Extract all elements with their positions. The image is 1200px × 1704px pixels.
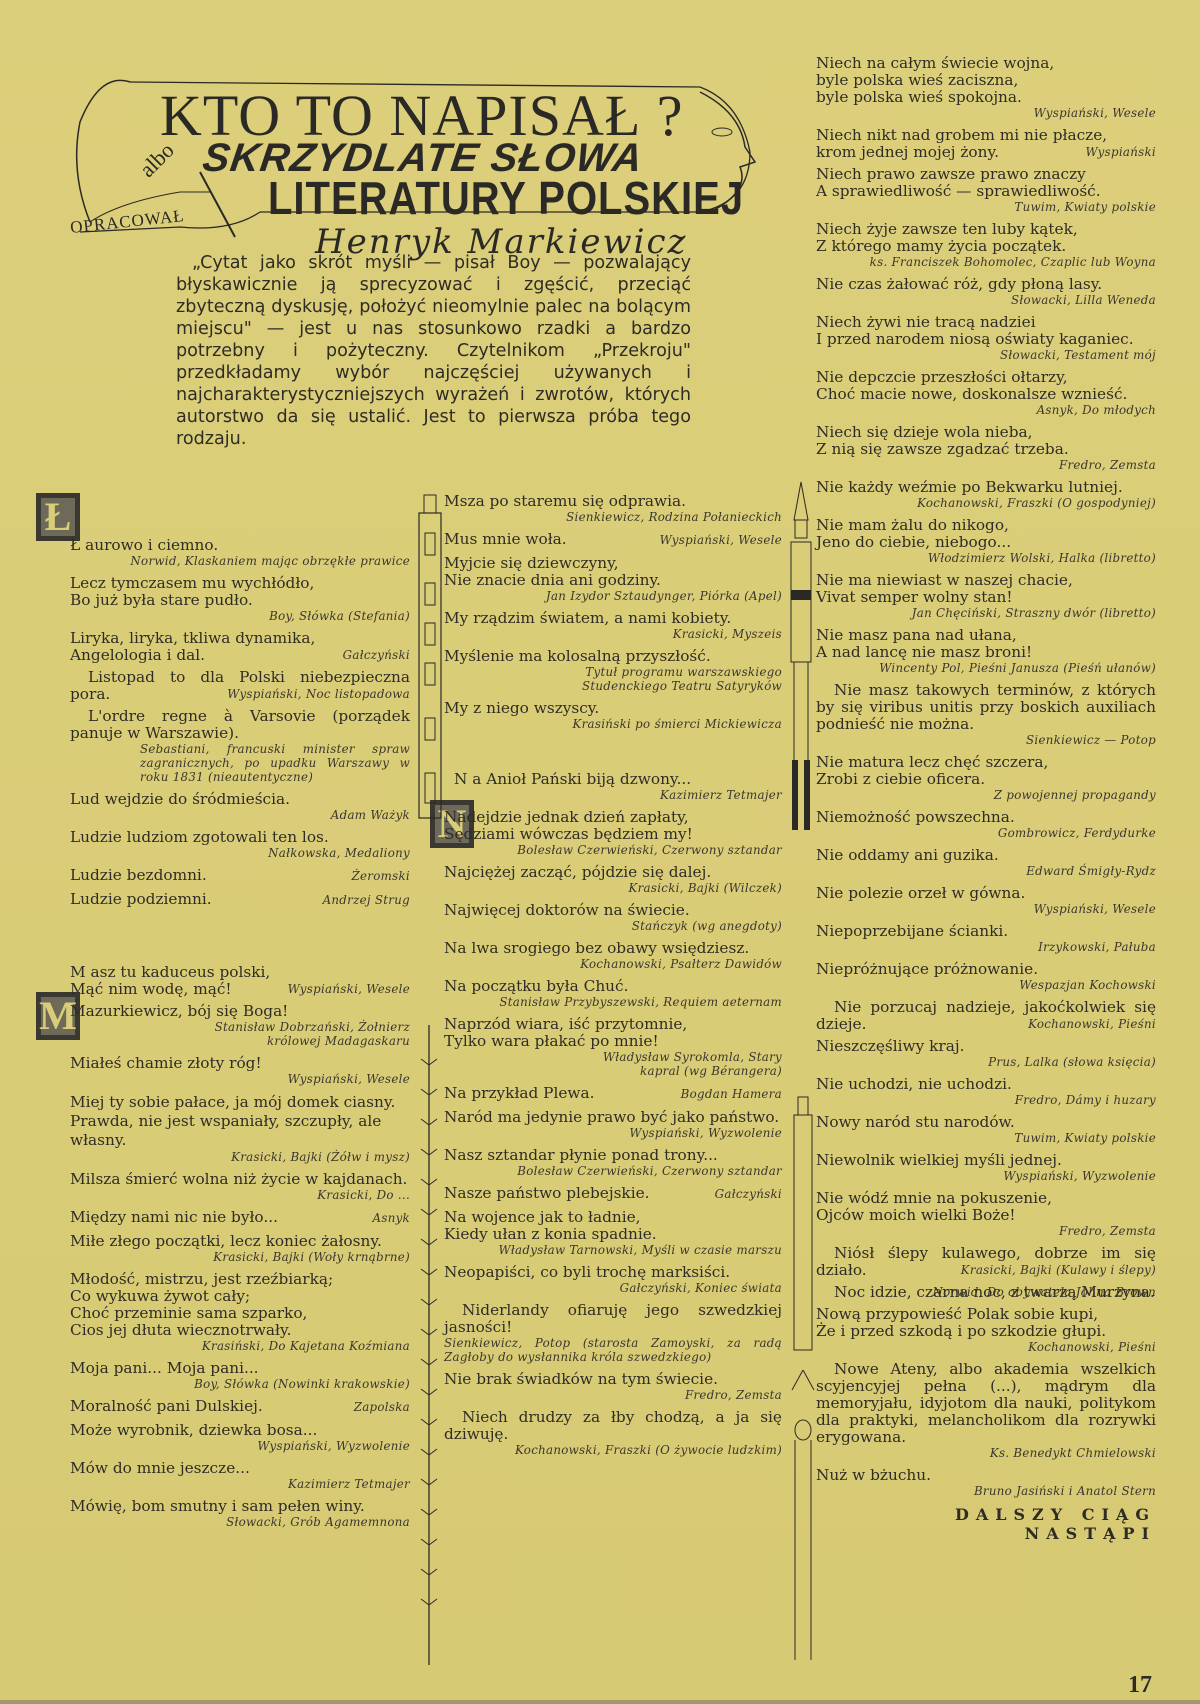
quote-attribution: Bolesław Czerwieński, Czerwony sztandar [444, 843, 782, 857]
quote-entry: Nie każdy weźmie po Bekwarku lutniej.Koc… [816, 479, 1156, 510]
quote-entry: Nowy naród stu narodów.Tuwim, Kwiaty pol… [816, 1114, 1156, 1145]
quote-entry: Miałeś chamie złoty róg! Wyspiański, Wes… [70, 1055, 410, 1086]
quote-text: N a Anioł Pański biją dzwony... [444, 771, 782, 788]
quote-attribution: Słowacki, Testament mój [816, 348, 1156, 362]
quote-text: Miłe złego początki, lecz koniec żałosny… [70, 1233, 410, 1250]
quote-entry: Miłe złego początki, lecz koniec żałosny… [70, 1233, 410, 1264]
quote-entry: M asz tu kaduceus polski, Mąć nim wodę, … [70, 964, 410, 996]
quote-text: Nasze państwo plebejskie. [444, 1185, 650, 1202]
quote-text: Naprzód wiara, iść przytomnie, Tylko war… [444, 1016, 782, 1050]
quote-text: Na lwa srogiego bez obawy wsiędziesz. [444, 940, 782, 957]
tower-illustration-icon [415, 493, 445, 823]
quote-entry: Nie masz pana nad ułana, A nad lancę nie… [816, 627, 1156, 675]
quote-entry: Niepróżnujące próżnowanie.Wespazjan Koch… [816, 961, 1156, 992]
quote-attribution: Fredro, Zemsta [444, 1388, 782, 1402]
quote-text: My z niego wszyscy. [444, 700, 782, 717]
quote-entry: Myślenie ma kolosalną przyszłość. Tytuł … [444, 648, 782, 693]
quote-entry: Niech się dzieje wola nieba, Z nią się z… [816, 424, 1156, 472]
quote-entry: Nasz sztandar płynie ponad trony... Bole… [444, 1147, 782, 1178]
quote-entry: Ludzie ludziom zgotowali ten los. Nałkow… [70, 829, 410, 860]
quote-entry: Niech nikt nad grobem mi nie płacze, kro… [816, 127, 1156, 159]
quote-text: Naród ma jedynie prawo być jako państwo. [444, 1109, 782, 1126]
middle-column: Msza po staremu się odprawia. Sienkiewic… [444, 493, 782, 1464]
quote-attribution: Słowacki, Grób Agamemnona [70, 1515, 410, 1529]
quote-entry: Na wojence jak to ładnie, Kiedy ułan z k… [444, 1209, 782, 1257]
quote-text: Ł aurowo i ciemno. [70, 505, 410, 554]
quote-text: Niewolnik wielkiej myśli jednej. [816, 1152, 1156, 1169]
quote-entry: Noc idzie, czarna noc, z twarzą Murzyna.… [816, 1284, 1156, 1299]
quote-attribution: Wespazjan Kochowski [816, 978, 1156, 992]
quote-entry: Moja pani... Moja pani... Boy, Słówka (N… [70, 1360, 410, 1391]
quote-entry: Nie depczcie przeszłości ołtarzy, Choć m… [816, 369, 1156, 417]
quote-attribution: Fredro, Zemsta [816, 458, 1156, 472]
quote-entry: N a Anioł Pański biją dzwony... Kazimier… [444, 771, 782, 802]
quote-attribution: Wyspiański, Wesele [816, 106, 1156, 120]
quote-entry: My z niego wszyscy. Krasiński po śmierci… [444, 700, 782, 731]
quote-entry: Niech żywi nie tracą nadziei I przed nar… [816, 314, 1156, 362]
quote-entry: Nie oddamy ani guzika.Edward Śmigły-Rydz [816, 847, 1156, 878]
quote-text: Ludzie bezdomni. [70, 867, 207, 884]
quote-entry: Ł aurowo i ciemno. Norwid, Klaskaniem ma… [70, 505, 410, 568]
quote-entry: Milsza śmierć wolna niż życie w kajdanac… [70, 1171, 410, 1202]
quote-text: Lud wejdzie do śródmieścia. [70, 791, 410, 808]
quote-entry: Na przykład Plewa. Bogdan Hamera [444, 1085, 782, 1102]
quote-attribution: Wincenty Pol, Pieśni Janusza (Pieśń ułan… [816, 661, 1156, 675]
quote-attribution: Norwid, Klaskaniem mając obrzękłe prawic… [70, 554, 410, 568]
quote-text: Nie oddamy ani guzika. [816, 847, 1156, 864]
quote-attribution: Wyspiański, Wesele [70, 1072, 410, 1086]
quote-attribution: Adam Ważyk [70, 808, 410, 822]
soldier-illustration-icon [786, 480, 816, 860]
quote-text: Niech na całym świecie wojna, byle polsk… [816, 55, 1156, 106]
quote-text: Na przykład Plewa. [444, 1085, 595, 1102]
quote-text: Niepoprzebijane ścianki. [816, 923, 1156, 940]
quote-entry: Na początku była Chuć. Stanisław Przybys… [444, 978, 782, 1009]
quote-entry: Najwięcej doktorów na świecie. Stańczyk … [444, 902, 782, 933]
quote-text: Neopapiści, co byli trochę marksiści. [444, 1264, 782, 1281]
quote-entry: Mówię, bom smutny i sam pełen winy. Słow… [70, 1498, 410, 1529]
quote-attribution: Jan Izydor Sztaudynger, Piórka (Apel) [444, 589, 782, 603]
quote-entry: My rządzim światem, a nami kobiety. Kras… [444, 610, 782, 641]
quote-text: Niemożność powszechna. [816, 809, 1156, 826]
quote-attribution: Włodzimierz Wolski, Halka (libretto) [816, 551, 1156, 565]
quote-entry: Myjcie się dziewczyny, Nie znacie dnia a… [444, 555, 782, 603]
quote-attribution: Stańczyk (wg anegdoty) [444, 919, 782, 933]
quote-entry: Ludzie bezdomni. Żeromski [70, 867, 410, 884]
quote-entry: Nie masz takowych terminów, z których by… [816, 682, 1156, 747]
quote-text: Mówię, bom smutny i sam pełen winy. [70, 1498, 410, 1515]
quote-text: Nie masz takowych terminów, z których by… [816, 682, 1156, 733]
quote-attribution: Wyspiański, Wyzwolenie [816, 1169, 1156, 1183]
quote-attribution: Żeromski [352, 869, 410, 883]
quote-entry: Nie uchodzi, nie uchodzi.Fredro, Dámy i … [816, 1076, 1156, 1107]
quote-entry: Niech na całym świecie wojna, byle polsk… [816, 55, 1156, 120]
quote-text: Ludzie podziemni. [70, 891, 212, 908]
quote-entry: Listopad to dla Polski niebezpieczna por… [70, 669, 410, 701]
left-column: Ł aurowo i ciemno. Norwid, Klaskaniem ma… [70, 505, 410, 1536]
quote-entry: Niech żyje zawsze ten luby kątek, Z któr… [816, 221, 1156, 269]
quote-text: Nie matura lecz chęć szczera, Zrobi z ci… [816, 754, 1156, 788]
quote-text: Niech żywi nie tracą nadziei I przed nar… [816, 314, 1156, 348]
quote-text: Nie ma niewiast w naszej chacie, Vivat s… [816, 572, 1156, 606]
quote-text: Nie uchodzi, nie uchodzi. [816, 1076, 1156, 1093]
quote-attribution: Boy, Słówka (Stefania) [70, 609, 410, 623]
quote-attribution: Fredro, Zemsta [816, 1224, 1156, 1238]
quote-entry: Niech prawo zawsze prawo znaczy A sprawi… [816, 166, 1156, 214]
quote-text: Nie wódź mnie na pokuszenie, Ojców moich… [816, 1190, 1156, 1224]
quote-text: Moralność pani Dulskiej. [70, 1398, 263, 1415]
quote-attribution: Nałkowska, Medaliony [70, 846, 410, 860]
quote-entry: Nadejdzie jednak dzień zapłaty, Sędziami… [444, 809, 782, 857]
quote-entry: Mazurkiewicz, bój się Boga! Stanisław Do… [70, 1003, 410, 1048]
quote-text: Lecz tymczasem mu wychłódło, Bo już była… [70, 575, 410, 609]
quote-text: Nie każdy weźmie po Bekwarku lutniej. [816, 479, 1156, 496]
quote-entry: Nasze państwo plebejskie. Gałczyński [444, 1185, 782, 1202]
quote-entry: Nuż w bżuchu.Bruno Jasiński i Anatol Ste… [816, 1467, 1156, 1498]
quote-attribution: Kochanowski, Pieśni [816, 1017, 1156, 1031]
quote-entry: Najciężej zacząć, pójdzie się dalej. Kra… [444, 864, 782, 895]
quote-attribution: Tuwim, Kwiaty polskie [816, 1131, 1156, 1145]
quote-entry: Naród ma jedynie prawo być jako państwo.… [444, 1109, 782, 1140]
quote-attribution: Wyspiański, Wesele [660, 533, 782, 547]
quote-entry: Niepoprzebijane ścianki.Irzykowski, Pału… [816, 923, 1156, 954]
quote-attribution: Asnyk [373, 1211, 410, 1225]
quote-attribution: Kochanowski, Psałterz Dawidów [444, 957, 782, 971]
quote-attribution: Kochanowski, Fraszki (O żywocie ludzkim) [444, 1443, 782, 1457]
quote-attribution: Krasiński po śmierci Mickiewicza [444, 717, 782, 731]
title-banner: KTO TO NAPISAŁ ? albo SKRZYDLATE SŁOWA L… [60, 62, 760, 262]
quote-entry: Miej ty sobie pałace, ja mój domek ciasn… [70, 1093, 410, 1164]
quote-attribution: Wyspiański, Noc listopadowa [70, 687, 410, 701]
quote-text: Nasz sztandar płynie ponad trony... [444, 1147, 782, 1164]
quote-entry: Niósł ślepy kulawego, dobrze im się dzia… [816, 1245, 1156, 1277]
fern-illustration-icon [418, 1025, 440, 1665]
quote-attribution: Bruno Jasiński i Anatol Stern [816, 1484, 1156, 1498]
quote-text: Nie depczcie przeszłości ołtarzy, Choć m… [816, 369, 1156, 403]
quote-entry: Niewolnik wielkiej myśli jednej.Wyspiańs… [816, 1152, 1156, 1183]
quote-text: Nową przypowieść Polak sobie kupi, Że i … [816, 1306, 1156, 1340]
quote-text: Milsza śmierć wolna niż życie w kajdanac… [70, 1171, 410, 1188]
quote-entry: Nową przypowieść Polak sobie kupi, Że i … [816, 1306, 1156, 1354]
quote-entry: Mów do mnie jeszcze... Kazimierz Tetmaje… [70, 1460, 410, 1491]
quote-entry: Lecz tymczasem mu wychłódło, Bo już była… [70, 575, 410, 623]
quote-attribution: Edward Śmigły-Rydz [816, 864, 1156, 878]
subtitle-line2: LITERATURY POLSKIEJ [268, 174, 744, 226]
quote-attribution: Wyspiański, Wyzwolenie [444, 1126, 782, 1140]
quote-text: Ludzie ludziom zgotowali ten los. [70, 829, 410, 846]
quote-text: Moja pani... Moja pani... [70, 1360, 410, 1377]
quote-attribution: Kochanowski, Fraszki (O gospodyniej) [816, 496, 1156, 510]
quote-attribution: Andrzej Strug [323, 893, 410, 907]
quote-entry: Nie porzucaj nadzieje, jakoćkolwiek się … [816, 999, 1156, 1031]
quote-text: Nie polezie orzeł w gówna. [816, 885, 1156, 902]
quote-text: Najciężej zacząć, pójdzie się dalej. [444, 864, 782, 881]
quote-text: Miej ty sobie pałace, ja mój domek ciasn… [70, 1093, 410, 1150]
bottom-rule [0, 1700, 1200, 1704]
quote-entry: Moralność pani Dulskiej. Zapolska [70, 1398, 410, 1415]
quote-text: Młodość, mistrzu, jest rzeźbiarką; Co wy… [70, 1271, 410, 1339]
quote-entry: Neopapiści, co byli trochę marksiści. Ga… [444, 1264, 782, 1295]
quote-attribution: Krasicki, Bajki (Kulawy i ślepy) [816, 1263, 1156, 1277]
quote-text: Niepróżnujące próżnowanie. [816, 961, 1156, 978]
quote-attribution: Gombrowicz, Ferdydurke [816, 826, 1156, 840]
quote-entry: Niderlandy ofiaruję jego szwedzkiej jasn… [444, 1302, 782, 1364]
quote-text: Nowe Ateny, albo akademia wszelkich scyj… [816, 1361, 1156, 1446]
quote-entry: Niemożność powszechna.Gombrowicz, Ferdyd… [816, 809, 1156, 840]
quote-attribution: Bolesław Czerwieński, Czerwony sztandar [444, 1164, 782, 1178]
quote-attribution: Irzykowski, Pałuba [816, 940, 1156, 954]
quote-entry: Między nami nic nie było... Asnyk [70, 1209, 410, 1226]
quote-entry: Na lwa srogiego bez obawy wsiędziesz. Ko… [444, 940, 782, 971]
quote-entry: Młodość, mistrzu, jest rzeźbiarką; Co wy… [70, 1271, 410, 1353]
quote-entry: Niech drudzy za łby chodzą, a ja się dzi… [444, 1409, 782, 1457]
quote-entry: Ludzie podziemni. Andrzej Strug [70, 891, 410, 908]
quote-attribution: Gałczyński, Koniec świata [444, 1281, 782, 1295]
quote-entry: Nie polezie orzeł w gówna.Wyspiański, We… [816, 885, 1156, 916]
quote-text: Mów do mnie jeszcze... [70, 1460, 410, 1477]
quote-text: Nowy naród stu narodów. [816, 1114, 1156, 1131]
quote-text: Może wyrobnik, dziewka bosa... [70, 1422, 410, 1439]
quote-attribution: Sienkiewicz, Potop (starosta Zamoyski, z… [444, 1336, 782, 1364]
right-column: Niech na całym świecie wojna, byle polsk… [816, 55, 1156, 1543]
figure-illustration-icon [790, 1370, 816, 1670]
quote-attribution: Gałczyński [715, 1187, 782, 1201]
quote-text: Nieszczęśliwy kraj. [816, 1038, 1156, 1055]
quote-attribution: Wyspiański, Wesele [816, 902, 1156, 916]
quote-attribution: Krasicki, Myszeis [444, 627, 782, 641]
quote-entry: Nie mam żalu do nikogo, Jeno do ciebie, … [816, 517, 1156, 565]
quote-attribution: Sienkiewicz, Rodzina Połanieckich [444, 510, 782, 524]
quote-attribution: Ks. Benedykt Chmielowski [816, 1446, 1156, 1460]
page-number: 17 [1128, 1672, 1152, 1699]
quote-entry: Nie matura lecz chęć szczera, Zrobi z ci… [816, 754, 1156, 802]
quote-text: Niech prawo zawsze prawo znaczy A sprawi… [816, 166, 1156, 200]
quote-text: Nie mam żalu do nikogo, Jeno do ciebie, … [816, 517, 1156, 551]
quote-entry: Liryka, liryka, tkliwa dynamika, Angelol… [70, 630, 410, 662]
quote-entry: L'ordre regne à Varsovie (porządek panuj… [70, 708, 410, 784]
quote-text: Mazurkiewicz, bój się Boga! [70, 1003, 410, 1020]
quote-attribution: Asnyk, Do młodych [816, 403, 1156, 417]
quote-attribution: Władysław Syrokomla, Stary kapral (wg Bé… [444, 1050, 782, 1078]
quote-text: Niderlandy ofiaruję jego szwedzkiej jasn… [444, 1302, 782, 1336]
quote-text: Niech żyje zawsze ten luby kątek, Z któr… [816, 221, 1156, 255]
quote-attribution: Wyspiański, Wyzwolenie [70, 1439, 410, 1453]
quote-attribution: Boy, Słówka (Nowinki krakowskie) [70, 1377, 410, 1391]
quote-attribution: Słowacki, Lilla Weneda [816, 293, 1156, 307]
quote-attribution: Jan Chęciński, Straszny dwór (libretto) [816, 606, 1156, 620]
quote-attribution: Stanisław Przybyszewski, Requiem aeterna… [444, 995, 782, 1009]
quote-entry: Nie brak świadków na tym świecie. Fredro… [444, 1371, 782, 1402]
tower-right-illustration-icon [790, 1095, 816, 1355]
quote-attribution: Krasiński, Do Kajetana Koźmiana [70, 1339, 410, 1353]
quote-attribution: ks. Franciszek Bohomolec, Czaplic lub Wo… [816, 255, 1156, 269]
quote-attribution: Kazimierz Tetmajer [70, 1477, 410, 1491]
quote-text: Na wojence jak to ładnie, Kiedy ułan z k… [444, 1209, 782, 1243]
quote-entry: Mus mnie woła. Wyspiański, Wesele [444, 531, 782, 548]
quote-attribution: Władysław Tarnowski, Myśli w czasie mars… [444, 1243, 782, 1257]
quote-attribution: Sebastiani, francuski minister spraw zag… [70, 742, 410, 784]
quote-attribution: Fredro, Dámy i huzary [816, 1093, 1156, 1107]
quote-entry: Msza po staremu się odprawia. Sienkiewic… [444, 493, 782, 524]
quote-attribution: Stanisław Dobrzański, Żołnierz królowej … [70, 1020, 410, 1048]
quote-text: L'ordre regne à Varsovie (porządek panuj… [70, 708, 410, 742]
quote-attribution: Tuwim, Kwiaty polskie [816, 200, 1156, 214]
quote-entry: Nieszczęśliwy kraj.Prus, Lalka (słowa ks… [816, 1038, 1156, 1069]
magazine-page: KTO TO NAPISAŁ ? albo SKRZYDLATE SŁOWA L… [0, 0, 1200, 1704]
quote-attribution: Krasicki, Bajki (Woły krnąbrne) [70, 1250, 410, 1264]
quote-text: Mus mnie woła. [444, 531, 567, 548]
quote-text: Nuż w bżuchu. [816, 1467, 1156, 1484]
quote-attribution: Kazimierz Tetmajer [444, 788, 782, 802]
quote-attribution: Tytuł programu warszawskiego Studenckieg… [444, 665, 782, 693]
quote-text: Myślenie ma kolosalną przyszłość. [444, 648, 782, 665]
quote-entry: Nie wódź mnie na pokuszenie, Ojców moich… [816, 1190, 1156, 1238]
quote-text: Na początku była Chuć. [444, 978, 782, 995]
quote-attribution: Krasicki, Do ... [70, 1188, 410, 1202]
quote-text: Nie brak świadków na tym świecie. [444, 1371, 782, 1388]
quote-attribution: Zapolska [354, 1400, 410, 1414]
quote-entry: Lud wejdzie do śródmieścia. Adam Ważyk [70, 791, 410, 822]
quote-text: My rządzim światem, a nami kobiety. [444, 610, 782, 627]
quote-attribution: Bogdan Hamera [681, 1087, 782, 1101]
quote-text: Niech się dzieje wola nieba, Z nią się z… [816, 424, 1156, 458]
quote-text: Nie masz pana nad ułana, A nad lancę nie… [816, 627, 1156, 661]
continued-notice: DALSZY CIĄG NASTĄPI [816, 1505, 1156, 1543]
quote-entry: Może wyrobnik, dziewka bosa... Wyspiańsk… [70, 1422, 410, 1453]
intro-paragraph: „Cytat jako skrót myśli — pisał Boy — po… [176, 252, 691, 450]
quote-entry: Nie czas żałować róż, gdy płoną lasy.Sło… [816, 276, 1156, 307]
quote-entry: Naprzód wiara, iść przytomnie, Tylko war… [444, 1016, 782, 1078]
quote-entry: Nowe Ateny, albo akademia wszelkich scyj… [816, 1361, 1156, 1460]
quote-text: Myjcie się dziewczyny, Nie znacie dnia a… [444, 555, 782, 589]
quote-text: Miałeś chamie złoty róg! [70, 1055, 410, 1072]
quote-attribution: Kochanowski, Pieśni [816, 1340, 1156, 1354]
quote-text: Niech drudzy za łby chodzą, a ja się dzi… [444, 1409, 782, 1443]
quote-text: Msza po staremu się odprawia. [444, 493, 782, 510]
quote-attribution: Prus, Lalka (słowa księcia) [816, 1055, 1156, 1069]
quote-text: Nie czas żałować róż, gdy płoną lasy. [816, 276, 1156, 293]
quote-attribution: Sienkiewicz — Potop [816, 733, 1156, 747]
quote-text: Najwięcej doktorów na świecie. [444, 902, 782, 919]
quote-text: Nadejdzie jednak dzień zapłaty, Sędziami… [444, 809, 782, 843]
quote-attribution: Krasicki, Bajki (Wilczek) [444, 881, 782, 895]
quote-text: Między nami nic nie było... [70, 1209, 278, 1226]
quote-attribution: Z powojennej propagandy [816, 788, 1156, 802]
quote-attribution: Krasicki, Bajki (Żółw i mysz) [70, 1150, 410, 1164]
quote-entry: Nie ma niewiast w naszej chacie, Vivat s… [816, 572, 1156, 620]
